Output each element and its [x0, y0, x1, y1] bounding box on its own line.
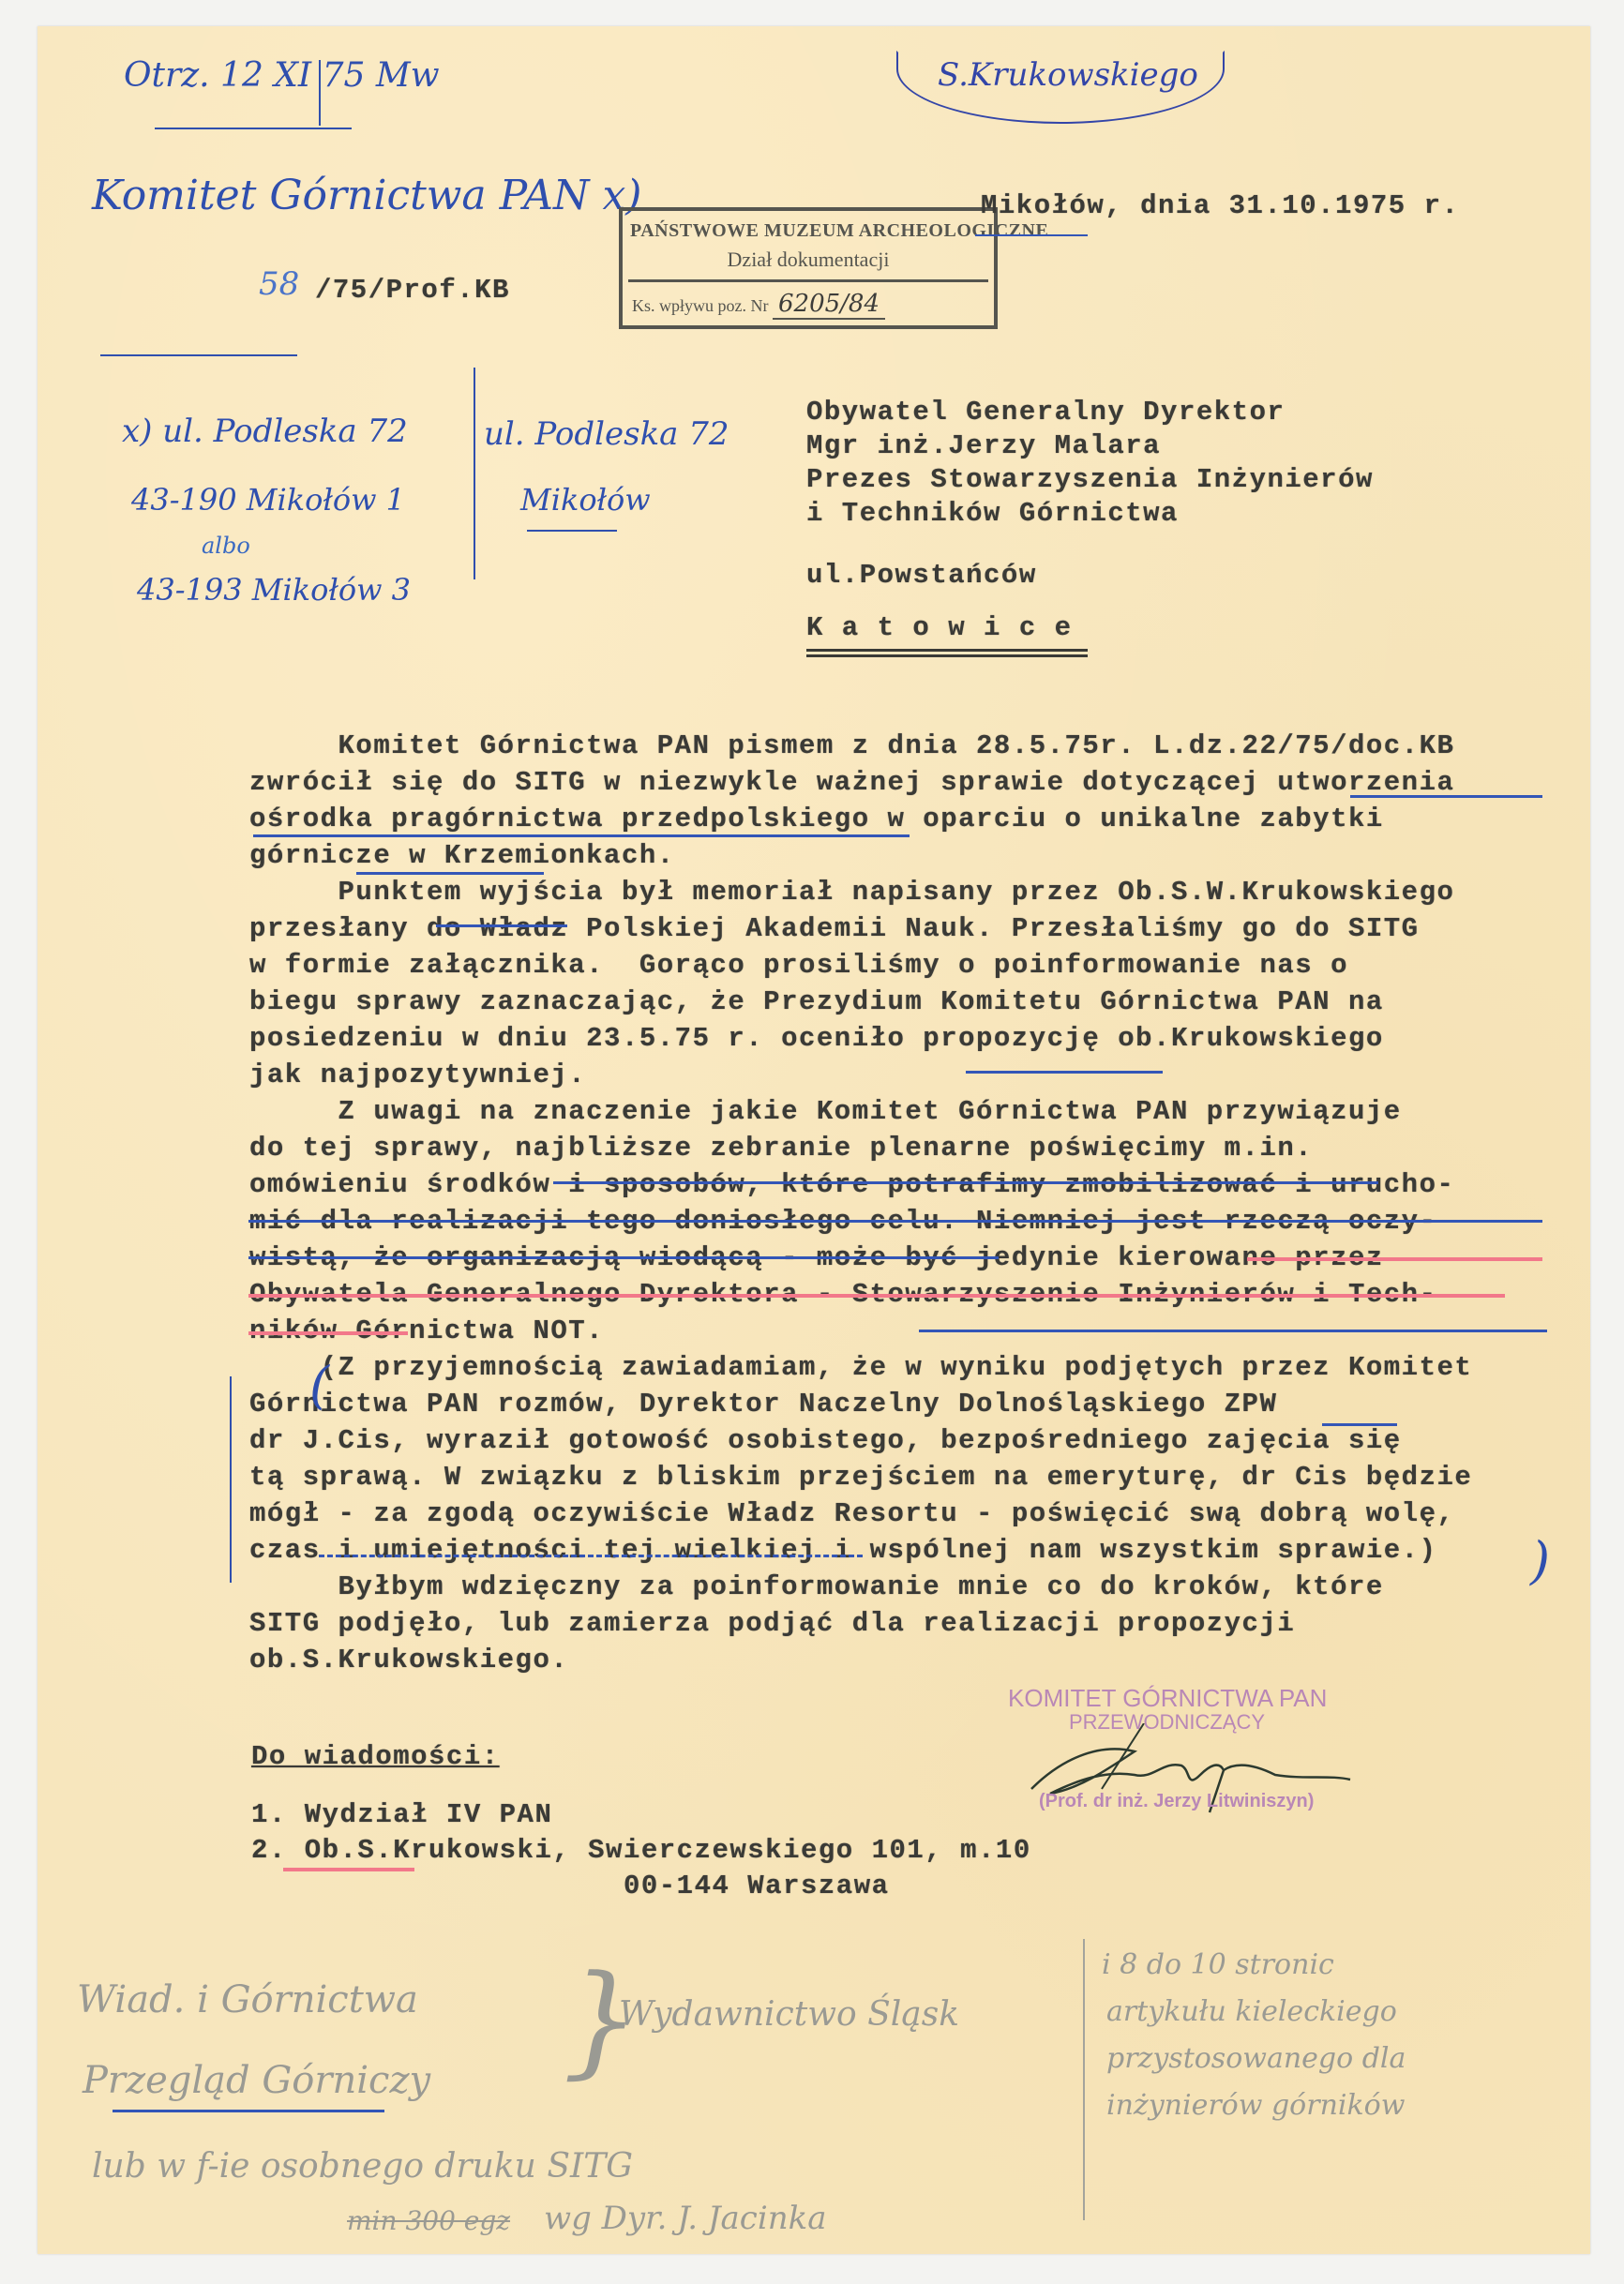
pencil-note-right-4: inżynierów górników	[1106, 2089, 1405, 2122]
recipient-city: K a t o w i c e	[806, 609, 1073, 646]
body-line: czas i umiejętności tej wielkiej i wspól…	[249, 1532, 1472, 1569]
recipient-line-1: Obywatel Generalny Dyrektor	[806, 394, 1285, 430]
underline-propozycje	[966, 1071, 1163, 1074]
underline-najblizsze	[553, 1181, 1378, 1184]
archive-stamp-dept: Dział dokumentacji	[628, 248, 988, 282]
underline-obywatela	[248, 1331, 408, 1335]
recipient-line-2: Mgr inż.Jerzy Malara	[806, 428, 1161, 464]
pencil-note-wydawnictwo: Wydawnictwo Śląsk	[619, 1995, 959, 2034]
body-line: omówieniu środków i sposobów, które potr…	[249, 1166, 1472, 1203]
cc-item-1: 1. Wydział IV PAN	[251, 1796, 552, 1833]
body-line: Punktem wyjścia był memoriał napisany pr…	[249, 874, 1472, 910]
recipient-street: ul.Powstańców	[806, 557, 1037, 594]
archive-stamp-label: Ks. wpływu poz. Nr	[632, 296, 769, 315]
body-line: Byłbym wdzięczny za poinformowanie mnie …	[249, 1569, 1472, 1605]
underline-krzemionkach	[356, 872, 544, 875]
body-line: górnicze w Krzemionkach.	[249, 837, 1472, 874]
body-line: posiedzeniu w dniu 23.5.75 r. oceniło pr…	[249, 1020, 1472, 1057]
archive-stamp-entry: Ks. wpływu poz. Nr 6205/84	[623, 282, 994, 325]
paragraph-bracket-open: (	[309, 1356, 329, 1415]
letter-paper: Otrz. 12 XI 75 Mw S.Krukowskiego Komitet…	[38, 26, 1590, 2254]
pencil-note-right-2: artykułu kieleckiego	[1106, 1995, 1397, 2028]
body-line: SITG podjęło, lub zamierza podjąć dla re…	[249, 1605, 1472, 1642]
place-underline	[975, 234, 1088, 236]
underline-przeglad	[113, 2110, 384, 2112]
hand-address-left-1: x) ul. Podleska 72	[122, 413, 408, 450]
reference: /75/Prof.KB	[315, 272, 510, 308]
place-date: Mikołów, dnia 31.10.1975 r.	[981, 188, 1459, 224]
underline-stowarzyszenie	[919, 1330, 1547, 1332]
body-line: w formie załącznika. Gorąco prosiliśmy o…	[249, 947, 1472, 984]
circled-name-text: S.Krukowskiego	[938, 56, 1198, 94]
pencil-note-right-3: przystosowanego dla	[1106, 2042, 1406, 2075]
body-line: (Z przyjemnością zawiadamiam, że w wynik…	[249, 1349, 1472, 1386]
body-line: przesłany do Władz Polskiej Akademii Nau…	[249, 910, 1472, 947]
signature-stamp-committee: KOMITET GÓRNICTWA PAN	[1008, 1684, 1327, 1713]
cc-item-2-city: 00-144 Warszawa	[251, 1868, 890, 1904]
pencil-note-struck: min 300 egz	[347, 2205, 510, 2236]
hand-address-right-underline	[527, 530, 617, 532]
archive-stamp-museum: PAŃSTWOWE MUZEUM ARCHEOLOGICZNE	[623, 211, 994, 248]
received-note: Otrz. 12 XI 75 Mw	[124, 56, 440, 95]
underline-utworzenia	[1350, 795, 1542, 798]
body-line: Z uwagi na znaczenie jakie Komitet Górni…	[249, 1093, 1472, 1130]
hand-address-divider	[474, 368, 475, 579]
underline-zgoda-resortu	[319, 1555, 863, 1557]
body-line: biegu sprawy zaznaczając, że Prezydium K…	[249, 984, 1472, 1020]
hand-address-left-3: 43-193 Mikołów 3	[137, 572, 411, 608]
body-line: tą sprawą. W związku z bliskim przejście…	[249, 1459, 1472, 1495]
recipient-line-3: Prezes Stowarzyszenia Inżynierów	[806, 461, 1374, 498]
letter-body: Komitet Górnictwa PAN pismem z dnia 28.5…	[249, 728, 1472, 1678]
pencil-note-osobny-druk: lub w f-ie osobnego druku SITG	[92, 2147, 633, 2186]
cc-heading: Do wiadomości:	[251, 1738, 500, 1775]
body-line: zwrócił się do SITG w niezwykle ważnej s…	[249, 764, 1472, 801]
body-line: ośrodka pragórnictwa przedpolskiego w op…	[249, 801, 1472, 837]
body-line: ob.S.Krukowskiego.	[249, 1642, 1472, 1678]
underline-realizacji	[248, 1256, 999, 1259]
recipient-line-4: i Techników Górnictwa	[806, 495, 1179, 532]
pencil-note-przeglad: Przegląd Górniczy	[83, 2059, 430, 2102]
pencil-bracket-right	[1083, 1939, 1085, 2220]
cc-item-2: 2. Ob.S.Krukowski, Swierczewskiego 101, …	[251, 1832, 1031, 1869]
pencil-note-right-1: i 8 do 10 stronic	[1102, 1948, 1334, 1981]
underline-memorial	[436, 924, 567, 927]
city-double-underline	[806, 649, 1088, 657]
paragraph-bracket-close: )	[1530, 1531, 1550, 1590]
underline-osrodka	[253, 834, 910, 837]
underline-rzecza	[1247, 1257, 1542, 1261]
body-line: jak najpozytywniej.	[249, 1057, 1472, 1093]
archive-stamp-number: 6205/84	[773, 290, 885, 320]
signatory-name: (Prof. dr inż. Jerzy Litwiniszyn)	[1039, 1791, 1314, 1812]
received-note-bracket	[319, 60, 321, 126]
pencil-note-wiad: Wiad. i Górnictwa	[77, 1978, 418, 2021]
body-line: mógł - za zgodą oczywiście Władz Resortu…	[249, 1495, 1472, 1532]
committee-note: Komitet Górnictwa PAN x)	[92, 172, 641, 219]
body-line: do tej sprawy, najbliższe zebranie plena…	[249, 1130, 1472, 1166]
archive-stamp: PAŃSTWOWE MUZEUM ARCHEOLOGICZNE Dział do…	[619, 207, 998, 329]
underline-omowieniu	[248, 1220, 1542, 1223]
body-line: Komitet Górnictwa PAN pismem z dnia 28.5…	[249, 728, 1472, 764]
margin-bracket-left	[230, 1376, 232, 1583]
hand-address-right-2: Mikołów	[520, 482, 651, 518]
hand-address-topline	[100, 354, 297, 356]
body-line: dr J.Cis, wyraził gotowość osobistego, b…	[249, 1422, 1472, 1459]
ref-number-handwritten: 58	[259, 265, 299, 303]
underline-zpw	[1322, 1423, 1397, 1426]
underline-wista	[248, 1294, 1505, 1298]
hand-address-left-albo: albo	[202, 533, 250, 559]
hand-address-right-1: ul. Podleska 72	[484, 415, 729, 453]
received-note-underline	[155, 128, 352, 129]
pencil-note-jacinka: wg Dyr. J. Jacinka	[544, 2200, 826, 2237]
hand-address-left-2: 43-190 Mikołów 1	[131, 482, 405, 518]
body-line: Górnictwa PAN rozmów, Dyrektor Naczelny …	[249, 1386, 1472, 1422]
